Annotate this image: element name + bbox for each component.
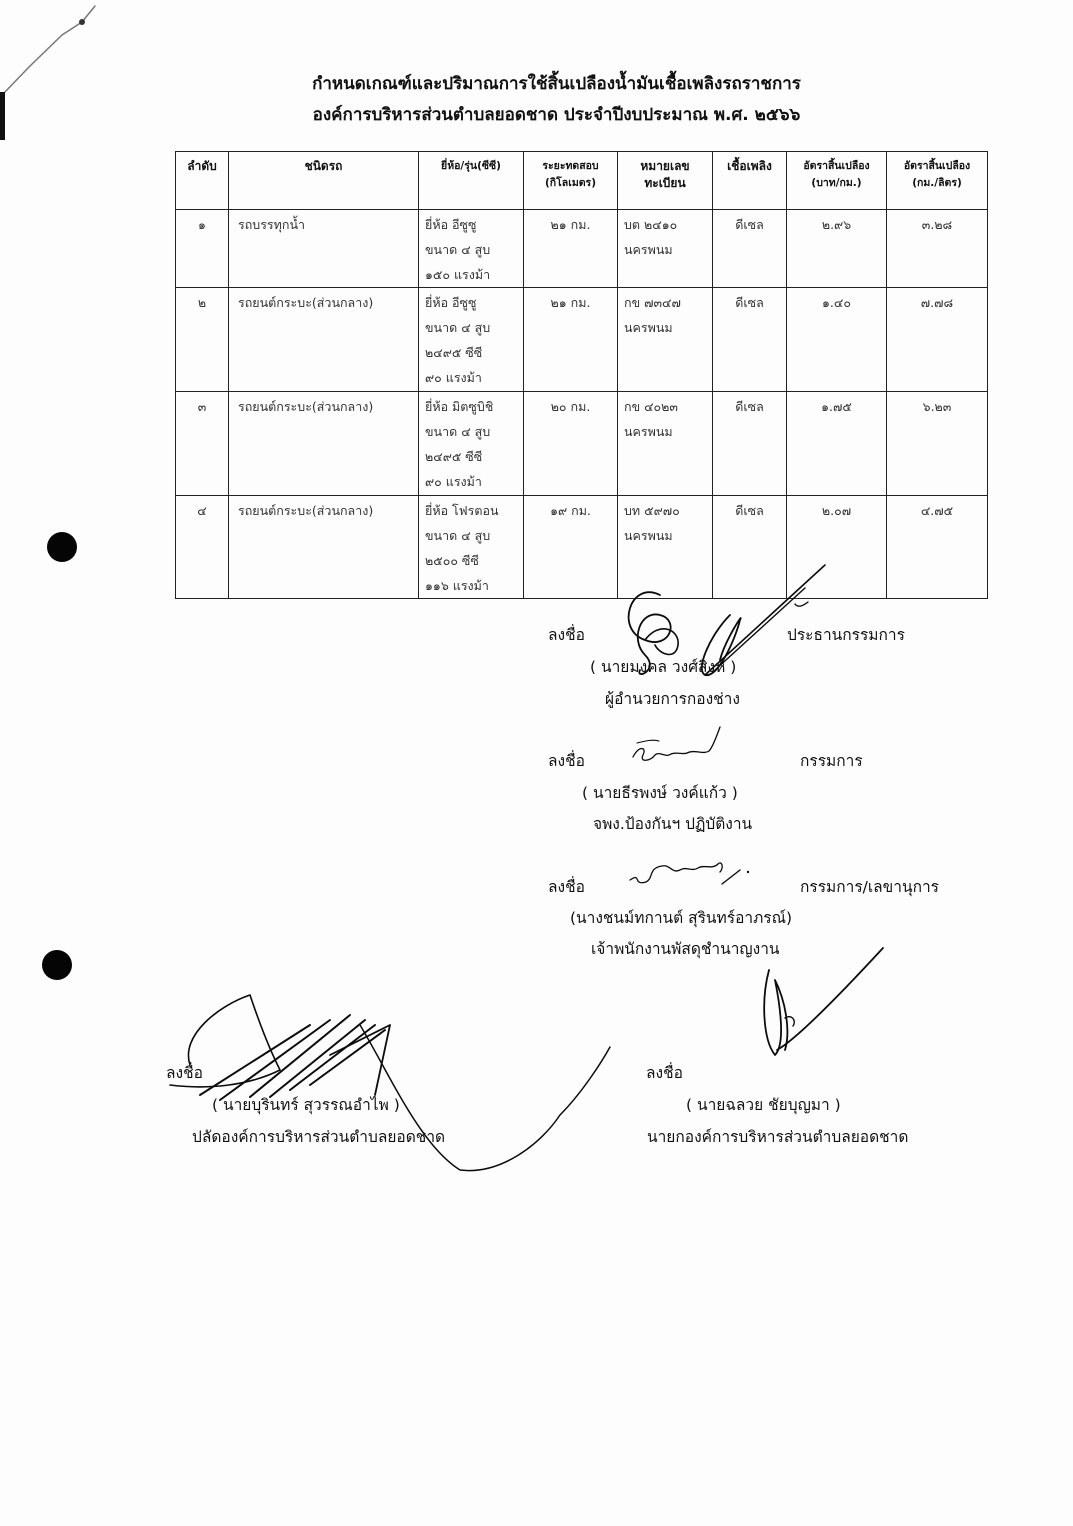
secretary-position: เจ้าพนักงานพัสดุชำนาญงาน: [591, 936, 780, 961]
cell-brand-line: ๙๐ แรงม้า: [425, 365, 523, 390]
cell-rate-baht: ๑.๗๕: [787, 392, 887, 496]
table-row: ๔รถยนต์กระบะ(ส่วนกลาง)ยี่ห้อ โฟรตอนขนาด …: [176, 496, 988, 599]
member-name: ( นายธีรพงษ์ วงค์แก้ว ): [582, 780, 738, 805]
cell-no: ๔: [176, 496, 229, 599]
chairman-sign-label: ลงชื่อ: [548, 622, 585, 647]
mayor-position: นายกองค์การบริหารส่วนตำบลยอดชาด: [647, 1124, 908, 1149]
secretary-role: กรรมการ/เลขานุการ: [800, 874, 939, 899]
punch-hole-bottom: [42, 950, 72, 980]
chairman-name: ( นายมงคล วงศ์สิงห์ ): [590, 654, 736, 679]
cell-fuel: ดีเซล: [713, 288, 787, 392]
cell-rate-baht: ๒.๙๖: [787, 210, 887, 288]
cell-plate-line: นครพนม: [624, 523, 712, 548]
cell-fuel: ดีเซล: [713, 210, 787, 288]
header-brand: ยี่ห้อ/รุ่น(ซีซี): [419, 152, 524, 210]
header-rate-baht-line2: (บาท/กม.): [787, 175, 886, 192]
cell-brand-line: ๑๑๖ แรงม้า: [425, 573, 523, 598]
secretary-signature: [622, 850, 762, 895]
header-rate-baht: อัตราสิ้นเปลือง (บาท/กม.): [787, 152, 887, 210]
table-row: ๒รถยนต์กระบะ(ส่วนกลาง)ยี่ห้อ อีซูซูขนาด …: [176, 288, 988, 392]
mayor-signature: [755, 940, 895, 1070]
header-plate: หมายเลข ทะเบียน: [618, 152, 713, 210]
header-no: ลำดับ: [176, 152, 229, 210]
cell-no: ๓: [176, 392, 229, 496]
cell-distance: ๒๑ กม.: [524, 288, 618, 392]
fuel-consumption-table: ลำดับ ชนิดรถ ยี่ห้อ/รุ่น(ซีซี) ระยะทดสอบ…: [175, 151, 988, 599]
mayor-name: ( นายฉลวย ชัยบุญมา ): [686, 1092, 841, 1117]
header-rate-baht-line1: อัตราสิ้นเปลือง: [787, 158, 886, 175]
cell-plate-line: บต ๒๔๑๐: [624, 212, 712, 237]
deputy-sign-label: ลงชื่อ: [166, 1060, 203, 1085]
secretary-name: (นางชนม์ทกานต์ สุรินทร์อาภรณ์): [570, 905, 792, 930]
chairman-position: ผู้อำนวยการกองช่าง: [605, 686, 740, 711]
chairman-role: ประธานกรรมการ: [787, 622, 905, 647]
cell-brand: ยี่ห้อ อีซูซูขนาด ๔ สูบ๑๕๐ แรงม้า: [419, 210, 524, 288]
cell-brand-line: ยี่ห้อ อีซูซู: [425, 290, 523, 315]
cell-plate-line: นครพนม: [624, 419, 712, 444]
header-rate-km-line2: (กม./ลิตร): [887, 175, 987, 192]
cell-rate-baht: ๑.๔๐: [787, 288, 887, 392]
secretary-sign-label: ลงชื่อ: [548, 874, 585, 899]
header-type: ชนิดรถ: [229, 152, 419, 210]
cell-rate-km: ๗.๗๘: [887, 288, 988, 392]
table-header-row: ลำดับ ชนิดรถ ยี่ห้อ/รุ่น(ซีซี) ระยะทดสอบ…: [176, 152, 988, 210]
cell-brand-line: ๑๕๐ แรงม้า: [425, 262, 523, 287]
header-fuel: เชื้อเพลิง: [713, 152, 787, 210]
punch-hole-top: [47, 532, 77, 562]
header-rate-km: อัตราสิ้นเปลือง (กม./ลิตร): [887, 152, 988, 210]
cell-brand-line: ๙๐ แรงม้า: [425, 469, 523, 494]
deputy-position: ปลัดองค์การบริหารส่วนตำบลยอดชาด: [192, 1124, 445, 1149]
cell-type: รถยนต์กระบะ(ส่วนกลาง): [229, 288, 419, 392]
cell-brand: ยี่ห้อ อีซูซูขนาด ๔ สูบ๒๔๙๕ ซีซี๙๐ แรงม้…: [419, 288, 524, 392]
cell-brand-line: ยี่ห้อ โฟรตอน: [425, 498, 523, 523]
cell-brand-line: ๒๔๙๕ ซีซี: [425, 340, 523, 365]
cell-plate: กข ๔๐๒๓นครพนม: [618, 392, 713, 496]
header-distance-line1: ระยะทดสอบ: [524, 158, 617, 175]
document-subtitle: องค์การบริหารส่วนตำบลยอดชาด ประจำปีงบประ…: [20, 101, 1073, 128]
table-row: ๑รถบรรทุกน้ำยี่ห้อ อีซูซูขนาด ๔ สูบ๑๕๐ แ…: [176, 210, 988, 288]
document-title: กำหนดเกณฑ์และปริมาณการใช้สิ้นเปลืองน้ำมั…: [20, 70, 1073, 97]
cell-brand-line: ขนาด ๔ สูบ: [425, 523, 523, 548]
cell-type: รถยนต์กระบะ(ส่วนกลาง): [229, 496, 419, 599]
cell-plate-line: กข ๗๓๔๗: [624, 290, 712, 315]
member-signature: [625, 725, 745, 775]
cell-distance: ๒๐ กม.: [524, 392, 618, 496]
cell-plate-line: บท ๕๙๗๐: [624, 498, 712, 523]
cell-fuel: ดีเซล: [713, 392, 787, 496]
cell-brand-line: ขนาด ๔ สูบ: [425, 237, 523, 262]
cell-plate-line: นครพนม: [624, 237, 712, 262]
member-sign-label: ลงชื่อ: [548, 748, 585, 773]
cell-brand: ยี่ห้อ มิตซูบิชิขนาด ๔ สูบ๒๔๙๕ ซีซี๙๐ แร…: [419, 392, 524, 496]
cell-brand-line: ขนาด ๔ สูบ: [425, 419, 523, 444]
cell-brand-line: ขนาด ๔ สูบ: [425, 315, 523, 340]
cell-no: ๑: [176, 210, 229, 288]
scan-edge: [0, 92, 5, 140]
cell-plate-line: นครพนม: [624, 315, 712, 340]
cell-rate-km: ๖.๒๓: [887, 392, 988, 496]
cell-no: ๒: [176, 288, 229, 392]
deputy-name: ( นายบุรินทร์ สุวรรณอำไพ ): [212, 1092, 400, 1117]
member-position: จพง.ป้องกันฯ ปฏิบัติงาน: [593, 811, 752, 836]
header-plate-line2: ทะเบียน: [618, 175, 712, 192]
cell-plate-line: กข ๔๐๒๓: [624, 394, 712, 419]
cell-type: รถบรรทุกน้ำ: [229, 210, 419, 288]
header-rate-km-line1: อัตราสิ้นเปลือง: [887, 158, 987, 175]
cell-rate-km: ๔.๗๕: [887, 496, 988, 599]
cell-rate-km: ๓.๒๘: [887, 210, 988, 288]
cell-brand-line: ๒๕๐๐ ซีซี: [425, 548, 523, 573]
deputy-signature: [160, 985, 620, 1185]
cell-plate: กข ๗๓๔๗นครพนม: [618, 288, 713, 392]
cell-brand-line: ๒๔๙๕ ซีซี: [425, 444, 523, 469]
header-distance: ระยะทดสอบ (กิโลเมตร): [524, 152, 618, 210]
table-row: ๓รถยนต์กระบะ(ส่วนกลาง)ยี่ห้อ มิตซูบิชิขน…: [176, 392, 988, 496]
mayor-sign-label: ลงชื่อ: [646, 1060, 683, 1085]
cell-plate: บต ๒๔๑๐นครพนม: [618, 210, 713, 288]
member-role: กรรมการ: [800, 748, 863, 773]
cell-brand: ยี่ห้อ โฟรตอนขนาด ๔ สูบ๒๕๐๐ ซีซี๑๑๖ แรงม…: [419, 496, 524, 599]
cell-brand-line: ยี่ห้อ มิตซูบิชิ: [425, 394, 523, 419]
header-distance-line2: (กิโลเมตร): [524, 175, 617, 192]
cell-brand-line: ยี่ห้อ อีซูซู: [425, 212, 523, 237]
cell-distance: ๒๑ กม.: [524, 210, 618, 288]
header-plate-line1: หมายเลข: [618, 158, 712, 175]
cell-type: รถยนต์กระบะ(ส่วนกลาง): [229, 392, 419, 496]
